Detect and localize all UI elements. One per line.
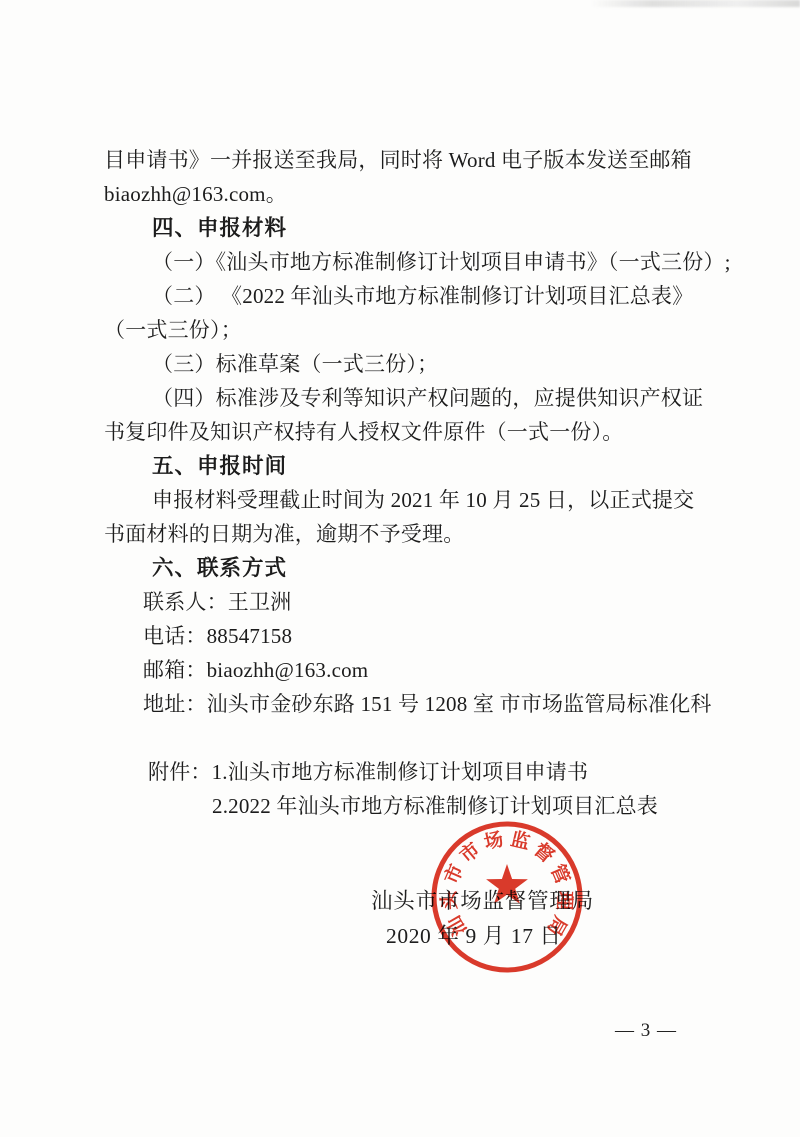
materials-item-2-line-2: （一式三份）；: [104, 313, 724, 347]
section-heading-deadline: 五、申报时间: [104, 449, 724, 483]
contact-person: 联系人：王卫洲: [104, 585, 724, 619]
contact-email: 邮箱：biaozhh@163.com: [104, 653, 724, 687]
materials-item-1: （一）《汕头市地方标准制修订计划项目申请书》（一式三份）;: [104, 245, 724, 279]
materials-item-2-line-1: （二） 《2022 年汕头市地方标准制修订计划项目汇总表》: [104, 279, 724, 313]
section-heading-contact: 六、联系方式: [104, 551, 724, 585]
attachment-item-1: 1.汕头市地方标准制修订计划项目申请书: [212, 760, 589, 784]
official-seal-stamp: 汕头市市场监督管理局: [422, 812, 592, 982]
seal-char: 场: [482, 827, 506, 854]
section-heading-materials: 四、申报材料: [104, 211, 724, 245]
seal-char: 头: [437, 889, 461, 910]
seal-char: 监: [508, 827, 532, 854]
materials-item-4-line-2: 书复印件及知识产权持有人授权文件原件（一式一份）。: [104, 415, 724, 449]
seal-char: 理: [553, 890, 576, 911]
page-number: — 3 —: [598, 1020, 694, 1042]
blank-line: [104, 721, 724, 755]
contact-phone: 电话：88547158: [104, 619, 724, 653]
attachments-label: 附件：: [148, 760, 212, 784]
materials-item-3: （三）标准草案（一式三份）；: [104, 347, 724, 381]
contact-address: 地址：汕头市金砂东路 151 号 1208 室 市市场监管局标准化科: [104, 687, 724, 721]
attachment-item-2: 2.2022 年汕头市地方标准制修订计划项目汇总表: [104, 789, 724, 823]
attachments-line-1: 附件：1.汕头市地方标准制修订计划项目申请书: [104, 755, 724, 789]
paragraph-continued-line-2: biaozhh@163.com。: [104, 177, 724, 211]
seal-star-icon: [486, 864, 528, 904]
paragraph-continued-line-1: 目申请书》一并报送至我局，同时将 Word 电子版本发送至邮箱: [104, 143, 724, 177]
scan-artifact: [590, 0, 800, 7]
deadline-line-1: 申报材料受理截止时间为 2021 年 10 月 25 日，以正式提交: [104, 483, 724, 517]
deadline-line-2: 书面材料的日期为准，逾期不予受理。: [104, 517, 724, 551]
materials-item-4-line-1: （四）标准涉及专利等知识产权问题的，应提供知识产权证: [104, 381, 724, 415]
document-body: 目申请书》一并报送至我局，同时将 Word 电子版本发送至邮箱 biaozhh@…: [104, 143, 724, 823]
scanned-document-page: 目申请书》一并报送至我局，同时将 Word 电子版本发送至邮箱 biaozhh@…: [0, 0, 800, 1137]
